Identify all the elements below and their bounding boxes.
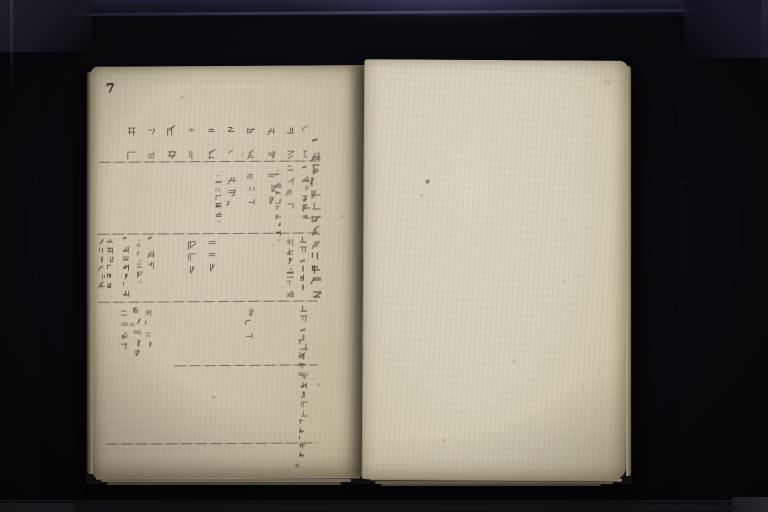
- case-corner-top-right: [684, 0, 768, 58]
- table-rule: [98, 300, 317, 302]
- text-column: [137, 240, 144, 285]
- text-column: [99, 239, 106, 292]
- text-column: [107, 239, 114, 292]
- case-bottom-left-highlight: [0, 503, 74, 512]
- case-bottom-right-highlight: [732, 497, 768, 512]
- text-column: [286, 166, 296, 214]
- case-light-sheen: [280, 0, 610, 22]
- faint-page-number: 8: [604, 79, 610, 89]
- text-column: [247, 127, 257, 174]
- dust-specks: [0, 0, 1, 1]
- text-column: [207, 127, 217, 174]
- case-corner-top-left: [0, 0, 92, 52]
- photo-backdrop: 7 8: [0, 0, 768, 512]
- text-column: [188, 241, 198, 277]
- paper-speck: [365, 59, 367, 61]
- left-page-text-layer: [91, 65, 370, 479]
- table-rule: [98, 232, 317, 234]
- text-column: [287, 239, 295, 300]
- paper-grain: [363, 59, 629, 481]
- right-page: 8: [362, 59, 629, 481]
- text-column: [267, 127, 277, 174]
- text-column: [147, 127, 157, 174]
- text-column: [267, 172, 277, 208]
- left-page: 7: [91, 65, 370, 479]
- text-column: [227, 127, 237, 174]
- text-column: [145, 309, 154, 351]
- text-column: [300, 237, 308, 294]
- text-column: [208, 239, 218, 275]
- text-column: [123, 238, 130, 300]
- text-column: [302, 167, 310, 224]
- text-column: [147, 237, 157, 273]
- text-column: [299, 420, 306, 460]
- case-bottom-rim: [0, 500, 768, 512]
- text-column: [245, 308, 255, 344]
- text-column: [227, 176, 237, 212]
- title-column: [311, 139, 322, 302]
- text-column: [167, 127, 177, 174]
- text-column: [187, 127, 197, 174]
- table-rule: [106, 442, 317, 444]
- text-column: [127, 128, 137, 175]
- text-column: [133, 308, 142, 361]
- case-right-rim: [761, 0, 768, 84]
- page-stack-edge: [381, 484, 601, 486]
- text-column: [121, 311, 130, 353]
- page-stack-edge: [107, 482, 341, 485]
- text-column: [215, 175, 222, 224]
- text-column: [247, 174, 257, 210]
- text-column: [301, 373, 309, 421]
- case-left-rim: [10, 0, 13, 92]
- table-rule: [175, 364, 318, 366]
